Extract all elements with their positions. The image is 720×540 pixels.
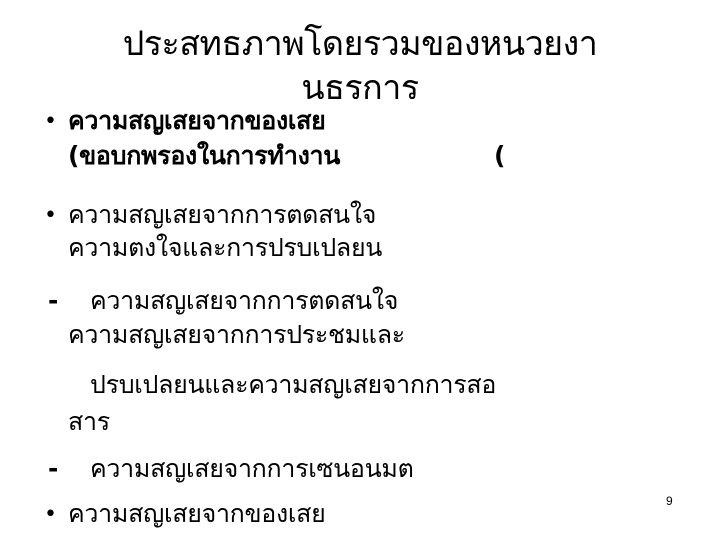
bullet-2-line-2: ความตงใจและการปรบเปลยน	[68, 231, 382, 265]
sub-item-2-line-1: ความสญเสยจากการเซนอนมต	[90, 452, 414, 486]
bullet-1-line-2: (ขอบกพรองในการทำงาน	[68, 139, 340, 173]
bullet-marker: •	[44, 498, 57, 532]
bullet-1-trailing-paren: (	[494, 139, 505, 173]
dash-marker: -	[48, 284, 58, 318]
bullet-marker: •	[44, 105, 57, 139]
sub-item-1-line-1: ความสญเสยจากการตดสนใจ	[90, 284, 398, 318]
bullet-1-line-1: ความสญเสยจากของเสย	[68, 104, 325, 138]
page-number: 9	[666, 494, 673, 508]
sub-item-1-line-4: สาร	[68, 405, 110, 439]
bullet-2-line-1: ความสญเสยจากการตดสนใจ	[68, 198, 376, 232]
sub-item-1-line-3: ปรบเปลยนและความสญเสยจากการสอ	[90, 368, 496, 402]
sub-item-1-line-2: ความสญเสยจากการประชมและ	[68, 318, 405, 352]
bullet-3-line-1: ความสญเสยจากของเสย	[68, 497, 325, 531]
bullet-marker: •	[44, 199, 57, 233]
dash-marker: -	[48, 452, 58, 486]
slide-title: ประสทธภาพโดยรวมของหนวยงา นธรการ	[0, 18, 720, 114]
